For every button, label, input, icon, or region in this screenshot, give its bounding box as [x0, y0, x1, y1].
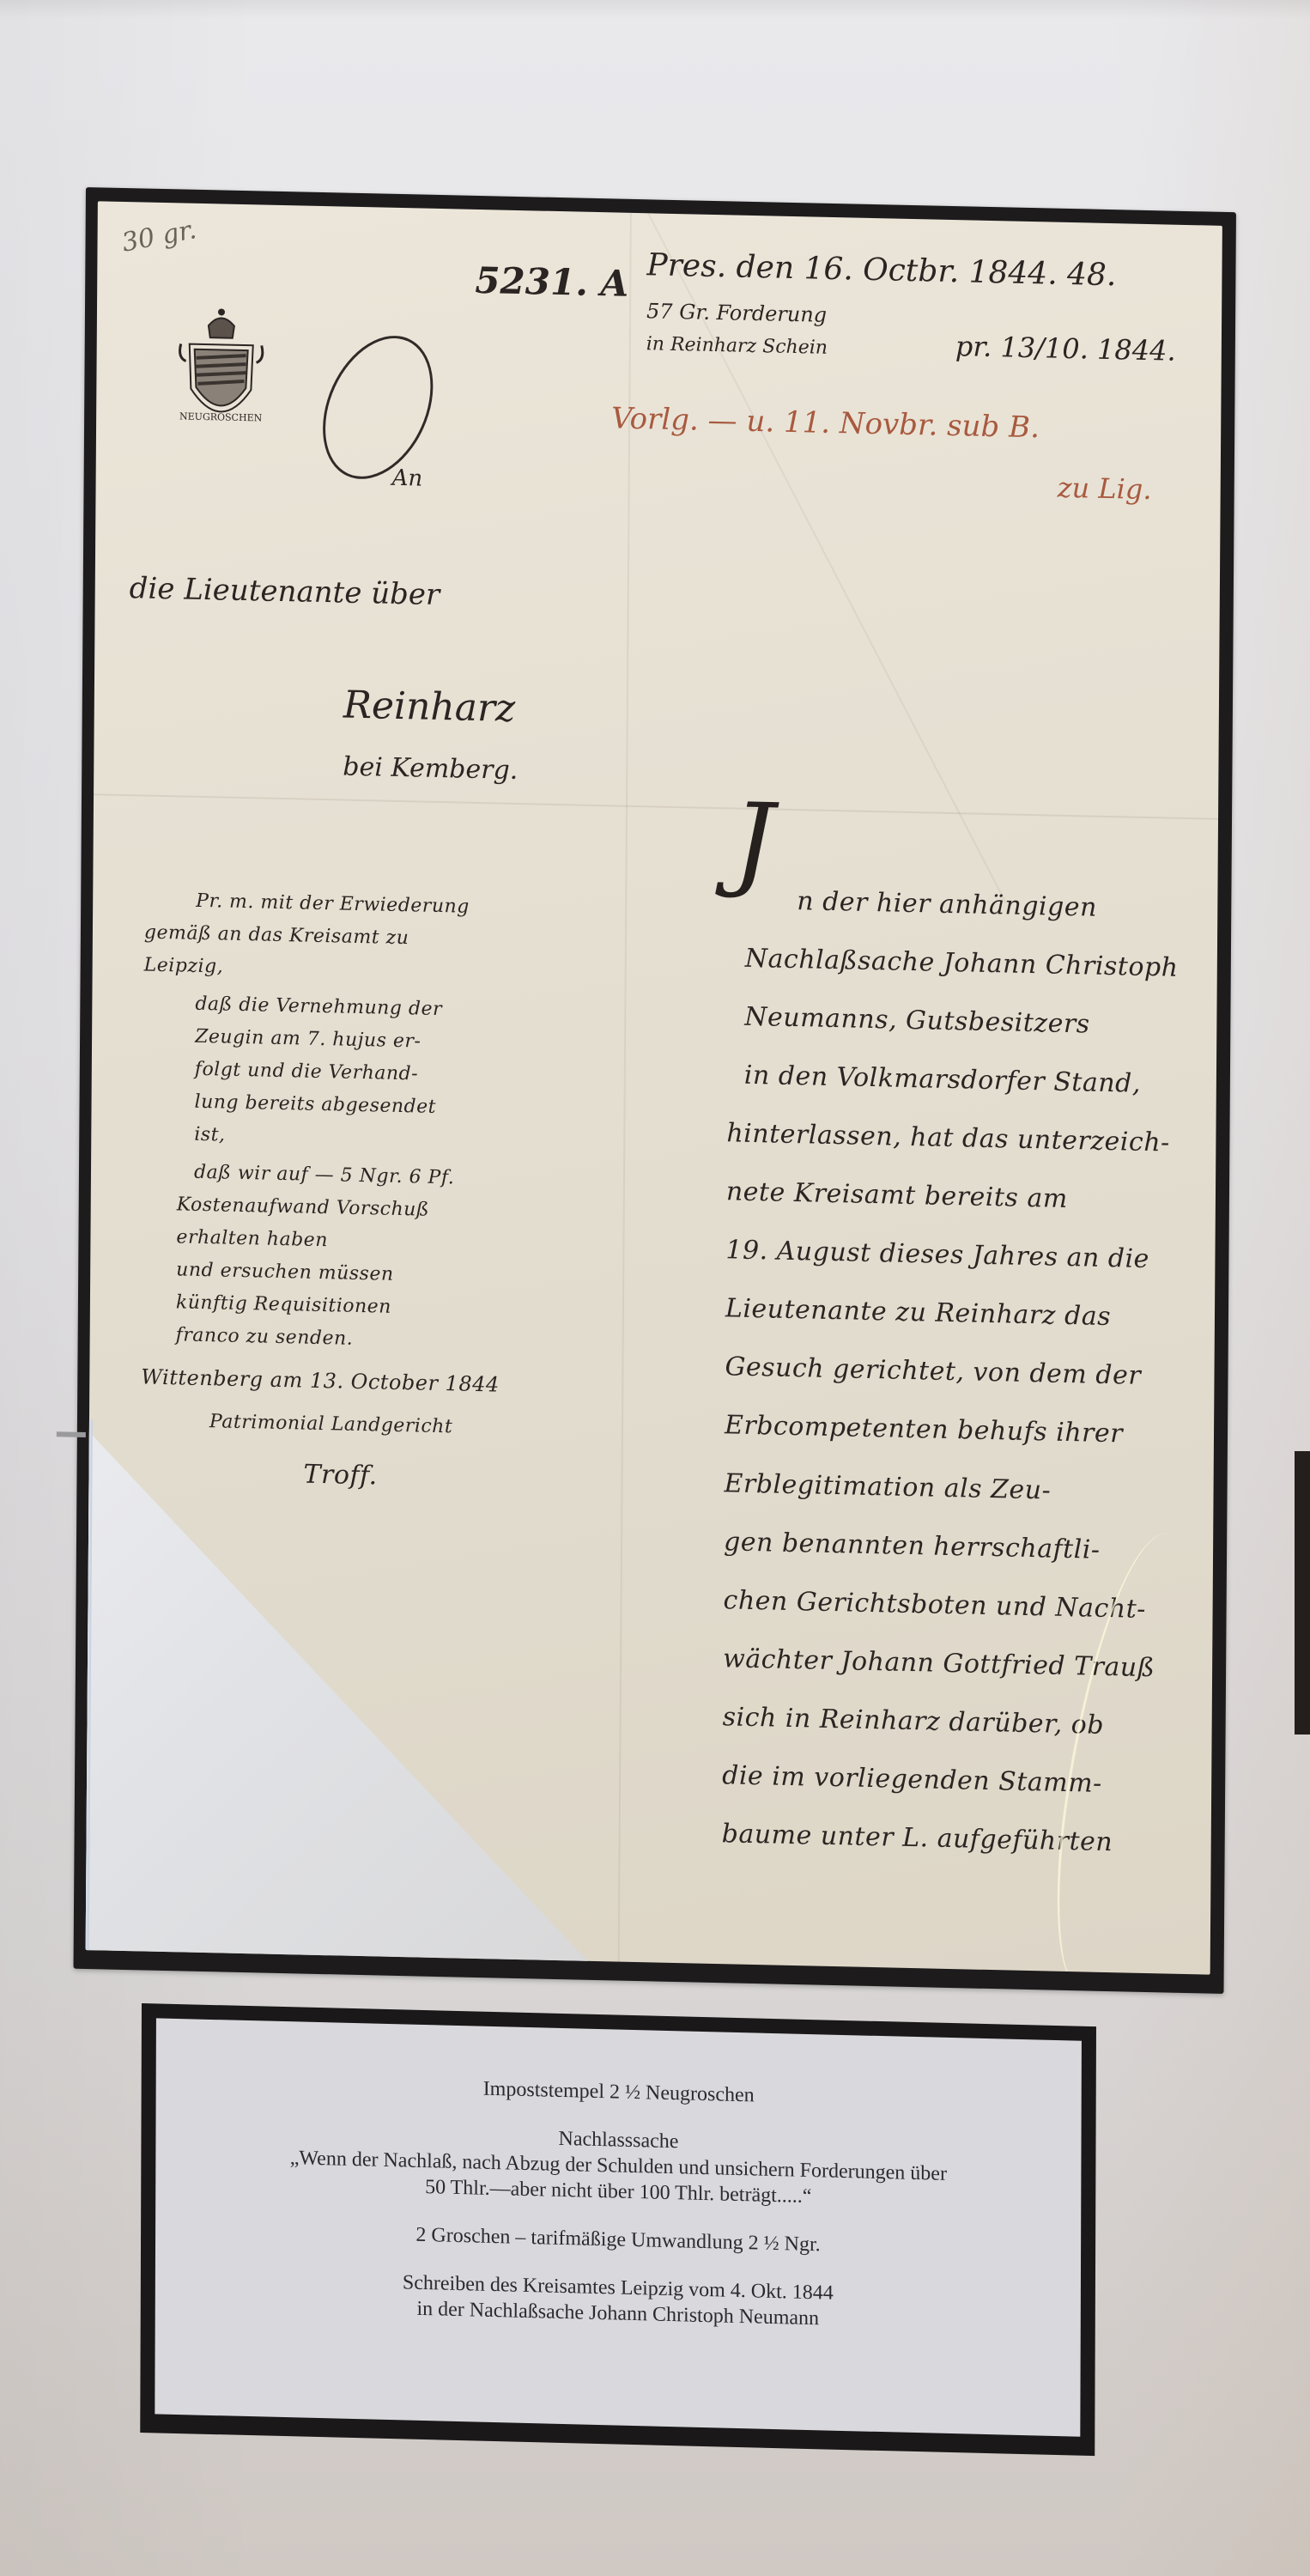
margin-line: erhalten haben	[176, 1226, 328, 1251]
margin-line: franco zu senden.	[176, 1324, 354, 1350]
addressee-place: Reinharz	[343, 683, 516, 731]
margin-line: Wittenberg am 13. October 1844	[141, 1364, 500, 1396]
addressee-line-3: bei Kemberg.	[343, 752, 518, 786]
registry-number: 5231. A	[475, 259, 628, 305]
body-line: 19. August dieses Jahres an die	[725, 1235, 1149, 1274]
body-text: n der hier anhängigen Nachlaßsache Johan…	[98, 201, 1222, 226]
salutation-flourish	[301, 318, 454, 497]
body-line: chen Gerichtsboten und Nacht-	[723, 1585, 1145, 1625]
plastic-sleeve-corner	[86, 1419, 610, 1975]
body-line: baume unter L. aufgeführten	[722, 1819, 1113, 1857]
body-line: hinterlassen, hat das unterzeich-	[726, 1118, 1170, 1157]
caption-card: Impoststempel 2 ½ Neugroschen Nachlasssa…	[155, 2018, 1082, 2436]
margin-line: Patrimonial Landgericht	[209, 1411, 452, 1437]
body-line: Erblegitimation als Zeu-	[724, 1468, 1051, 1505]
margin-line: Leipzig,	[144, 955, 224, 978]
margin-line: Zeugin am 7. hujus er-	[195, 1026, 421, 1053]
body-line: Nachlaßsache Johann Christoph	[745, 944, 1179, 983]
margin-line: und ersuchen müssen	[176, 1259, 394, 1285]
margin-note: Pr. m. mit der Erwiederung gemäß an das …	[98, 201, 1222, 226]
margin-line: folgt und die Verhand-	[195, 1059, 418, 1085]
header-date-line: Pres. den 16. Octbr. 1844. 48.	[646, 247, 1116, 293]
body-line: Neumanns, Gutsbesitzers	[744, 1002, 1090, 1040]
header-sub-line-2: in Reinharz Schein	[646, 333, 828, 359]
stamp-label: NEUGROSCHEN	[179, 410, 263, 423]
body-line: die im vorliegenden Stamm-	[722, 1760, 1102, 1799]
sleeve-glare	[1039, 1523, 1211, 1975]
salutation: An	[392, 465, 423, 492]
margin-line: Kostenaufwand Vorschuß	[177, 1194, 429, 1220]
margin-line: gemäß an das Kreisamt zu	[144, 922, 409, 950]
margin-line: Pr. m. mit der Erwiederung	[196, 890, 470, 918]
body-line: Lieutenante zu Reinharz das	[725, 1293, 1111, 1332]
body-line: sich in Reinharz darüber, ob	[723, 1702, 1105, 1741]
crowned-saxony-coat-of-arms-icon: NEUGROSCHEN	[173, 306, 269, 436]
caption-frame: Impoststempel 2 ½ Neugroschen Nachlasssa…	[140, 2003, 1096, 2456]
body-line: nete Kreisamt bereits am	[726, 1176, 1068, 1214]
body-line: in den Volkmarsdorfer Stand,	[744, 1060, 1141, 1099]
body-initial: J	[732, 781, 774, 902]
margin-line: daß wir auf — 5 Ngr. 6 Pf.	[194, 1162, 454, 1189]
red-annotation-line-1: Vorlg. — u. 11. Novbr. sub B.	[611, 401, 1040, 445]
margin-line: ist,	[194, 1124, 225, 1146]
body-line: Gesuch gerichtet, von dem der	[725, 1352, 1141, 1391]
header-pr-note: pr. 13/10. 1844.	[955, 330, 1176, 368]
margin-line: künftig Requisitionen	[176, 1291, 391, 1317]
margin-line: daß die Vernehmung der	[195, 993, 442, 1020]
paper-fold	[94, 793, 1218, 820]
document-frame: 30 gr. NEUGROSCHEN An 5231. A Pres. den …	[74, 187, 1236, 1994]
document-paper: 30 gr. NEUGROSCHEN An 5231. A Pres. den …	[86, 201, 1222, 1974]
paper-fold	[618, 213, 632, 1962]
caption-conversion: 2 Groschen – tarifmäßige Umwandlung 2 ½ …	[415, 2222, 820, 2258]
addressee-line-1: die Lieutenante über	[130, 571, 440, 612]
adjacent-frame-edge	[1295, 1451, 1310, 1735]
caption-title: Impoststempel 2 ½ Neugroschen	[483, 2076, 755, 2109]
top-shadow	[0, 0, 1310, 19]
body-line: n der hier anhängigen	[797, 886, 1097, 923]
corner-pencil-mark: 30 gr.	[119, 215, 199, 258]
header-sub-line-1: 57 Gr. Forderung	[646, 299, 827, 327]
mount-clip	[57, 1431, 86, 1437]
margin-line: lung bereits abgesendet	[194, 1091, 436, 1118]
body-line: Erbcompetenten behufs ihrer	[725, 1410, 1123, 1449]
body-line: gen benannten herrschaftli-	[724, 1527, 1101, 1565]
red-annotation-line-2: zu Lig.	[1058, 471, 1152, 506]
signature: Troff.	[303, 1460, 377, 1492]
